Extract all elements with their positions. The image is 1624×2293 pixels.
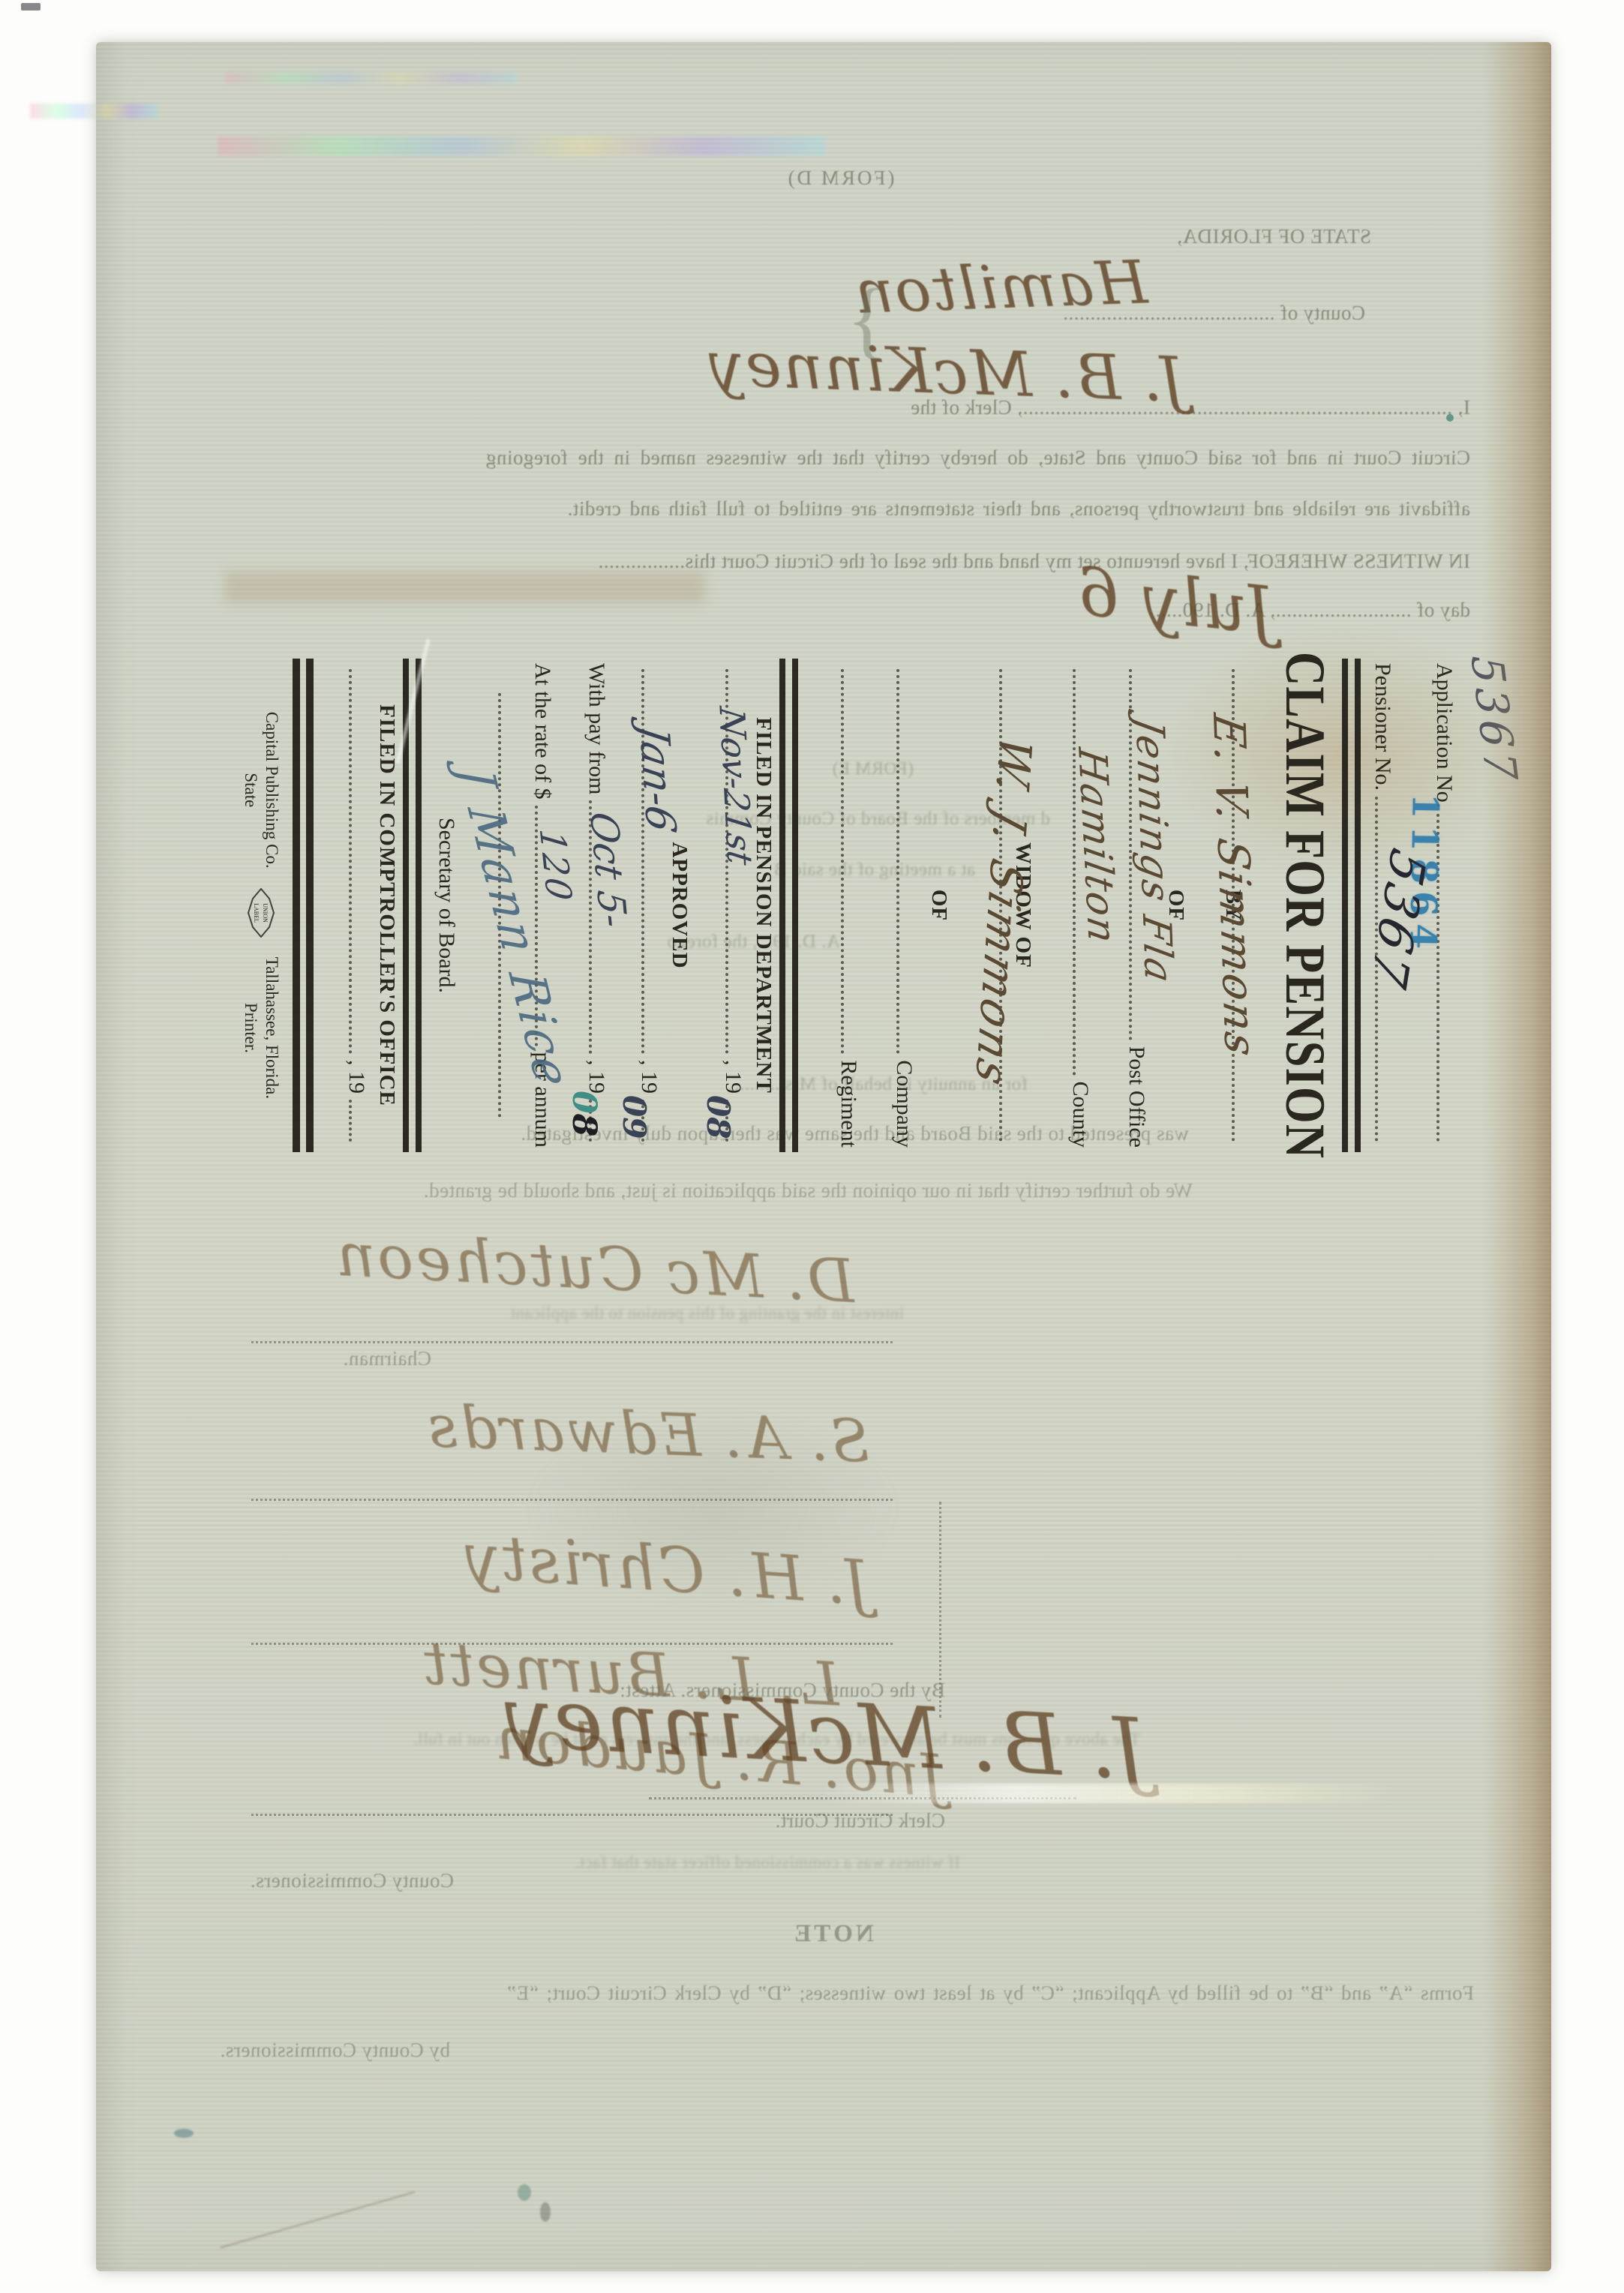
- regiment-label: Regiment: [836, 1060, 861, 1148]
- bleed-parenthetical: If witness was a commissioned officer st…: [488, 1853, 960, 1872]
- dotted-leader: [841, 669, 845, 1054]
- with-pay-label: With pay from: [584, 663, 609, 794]
- chairman-label: Chairman.: [293, 1347, 431, 1370]
- with-pay-year-handwriting: 08: [565, 1091, 603, 1136]
- county-handwriting: Hamilton: [1069, 745, 1124, 947]
- signature-line: [649, 1797, 1076, 1799]
- rate-prefix: At the rate of $: [530, 663, 555, 800]
- printer-credit-right: Tallahassee, Florida. Printer.: [241, 957, 282, 1099]
- dotted-leader: [349, 1100, 353, 1142]
- card-title: CLAIM FOR PENSION: [1280, 663, 1331, 1148]
- bleed-granted-line: We do further certify that in our opinio…: [285, 1179, 1193, 1202]
- rate-value-handwriting: 120: [531, 827, 580, 904]
- pension-claim-card: 5367 Application No. 11864 Pensioner No.…: [248, 636, 1470, 1175]
- scanned-document: (FORM D) STATE OF FLORIDA, County of ...…: [0, 0, 1624, 2293]
- ink-fleck: [174, 2129, 194, 2138]
- note-line-2: by County Commissioners.: [251, 2039, 450, 2062]
- company-label: Company: [891, 1060, 917, 1148]
- filed-pension-date-handwriting: Nov-21st: [711, 705, 760, 868]
- ink-fleck: [518, 2184, 531, 2201]
- post-office-handwriting: Jennings Fla: [1127, 715, 1181, 987]
- svg-text:LABEL: LABEL: [253, 903, 260, 923]
- union-label-icon: UNION LABEL: [248, 888, 275, 938]
- filed-pension-year-handwriting: 08: [700, 1095, 737, 1139]
- bleed-cert-paragraph-1: Circuit Court in and for said County and…: [251, 446, 1470, 470]
- note-line-1: Forms “A” and “B” to be filled by Applic…: [251, 1982, 1474, 2005]
- approved-year-handwriting: 09: [616, 1095, 653, 1139]
- printer-credit: Capital Publishing Co. State UNION LABEL…: [241, 636, 282, 1175]
- bleed-cert-paragraph-2: affidavit are reliable and trustworthy p…: [251, 497, 1470, 521]
- county-label: County: [1067, 1082, 1093, 1148]
- regiment-row: Regiment: [836, 663, 861, 1148]
- county-commissioners-label: County Commissioners.: [251, 1869, 454, 1892]
- claimant-handwriting: E. V. Simmons: [1203, 710, 1266, 1062]
- application-no-label: Application No.: [1431, 663, 1457, 808]
- approved-date-handwriting: Jan-6: [630, 723, 686, 836]
- bleed-state-line: STATE OF FLORIDA,: [1199, 225, 1371, 248]
- dotted-leader: [349, 669, 353, 1054]
- bleed-witness-line: IN WITNESS WHEREOF, I have hereunto set …: [251, 550, 1470, 573]
- double-rule: [1342, 659, 1361, 1152]
- clerk-circuit-court-label: Clerk Circuit Court.: [720, 1809, 945, 1832]
- note-heading: NOTE: [780, 1920, 885, 1948]
- double-rule: [403, 659, 422, 1152]
- signature-line: [251, 1499, 893, 1501]
- filed-pension-label: FILED IN PENSION DEPARTMENT: [751, 663, 776, 1148]
- printer-credit-left: Capital Publishing Co. State: [241, 712, 282, 869]
- comptroller-label: FILED IN COMPTROLLER'S OFFICE: [374, 663, 399, 1148]
- ink-fleck: [540, 2202, 551, 2222]
- svg-text:UNION: UNION: [262, 903, 269, 923]
- bleed-form-tag: (FORM D): [773, 167, 908, 190]
- signature-line: [251, 1341, 893, 1343]
- pensioner-no-label: Pensioner No.: [1370, 663, 1395, 791]
- scanner-speck: [21, 3, 41, 11]
- post-office-label: Post Office: [1124, 1046, 1149, 1148]
- secretary-signature-handwriting: J Mann Rice: [446, 769, 582, 1088]
- comptroller-date-row: , 19: [344, 663, 369, 1148]
- secretary-label: Secretary of Board.: [434, 663, 459, 1148]
- dotted-leader: [896, 669, 901, 1054]
- card-bottom-border: [293, 659, 314, 1152]
- double-rule: [779, 659, 798, 1152]
- company-row: Company: [891, 663, 917, 1148]
- of-label: OF: [926, 663, 951, 1148]
